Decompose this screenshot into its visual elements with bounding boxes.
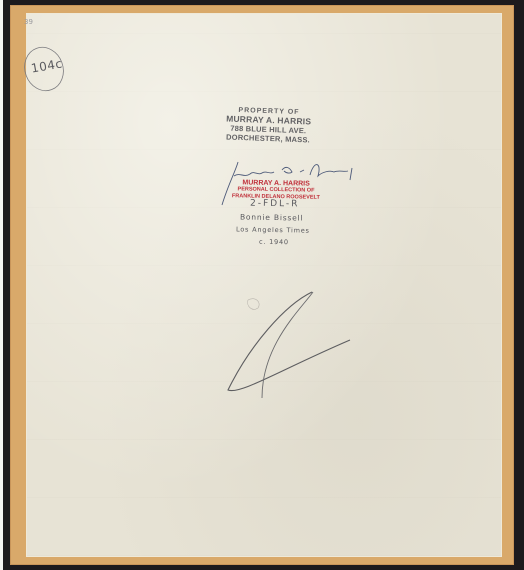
handwritten-publication: Los Angeles Times	[236, 225, 310, 234]
handwritten-code: 2-FDL-R	[250, 199, 300, 210]
signature-icon	[0, 0, 524, 570]
handwritten-date: c. 1940	[259, 238, 289, 247]
handwritten-photographer: Bonnie Bissell	[240, 212, 304, 222]
